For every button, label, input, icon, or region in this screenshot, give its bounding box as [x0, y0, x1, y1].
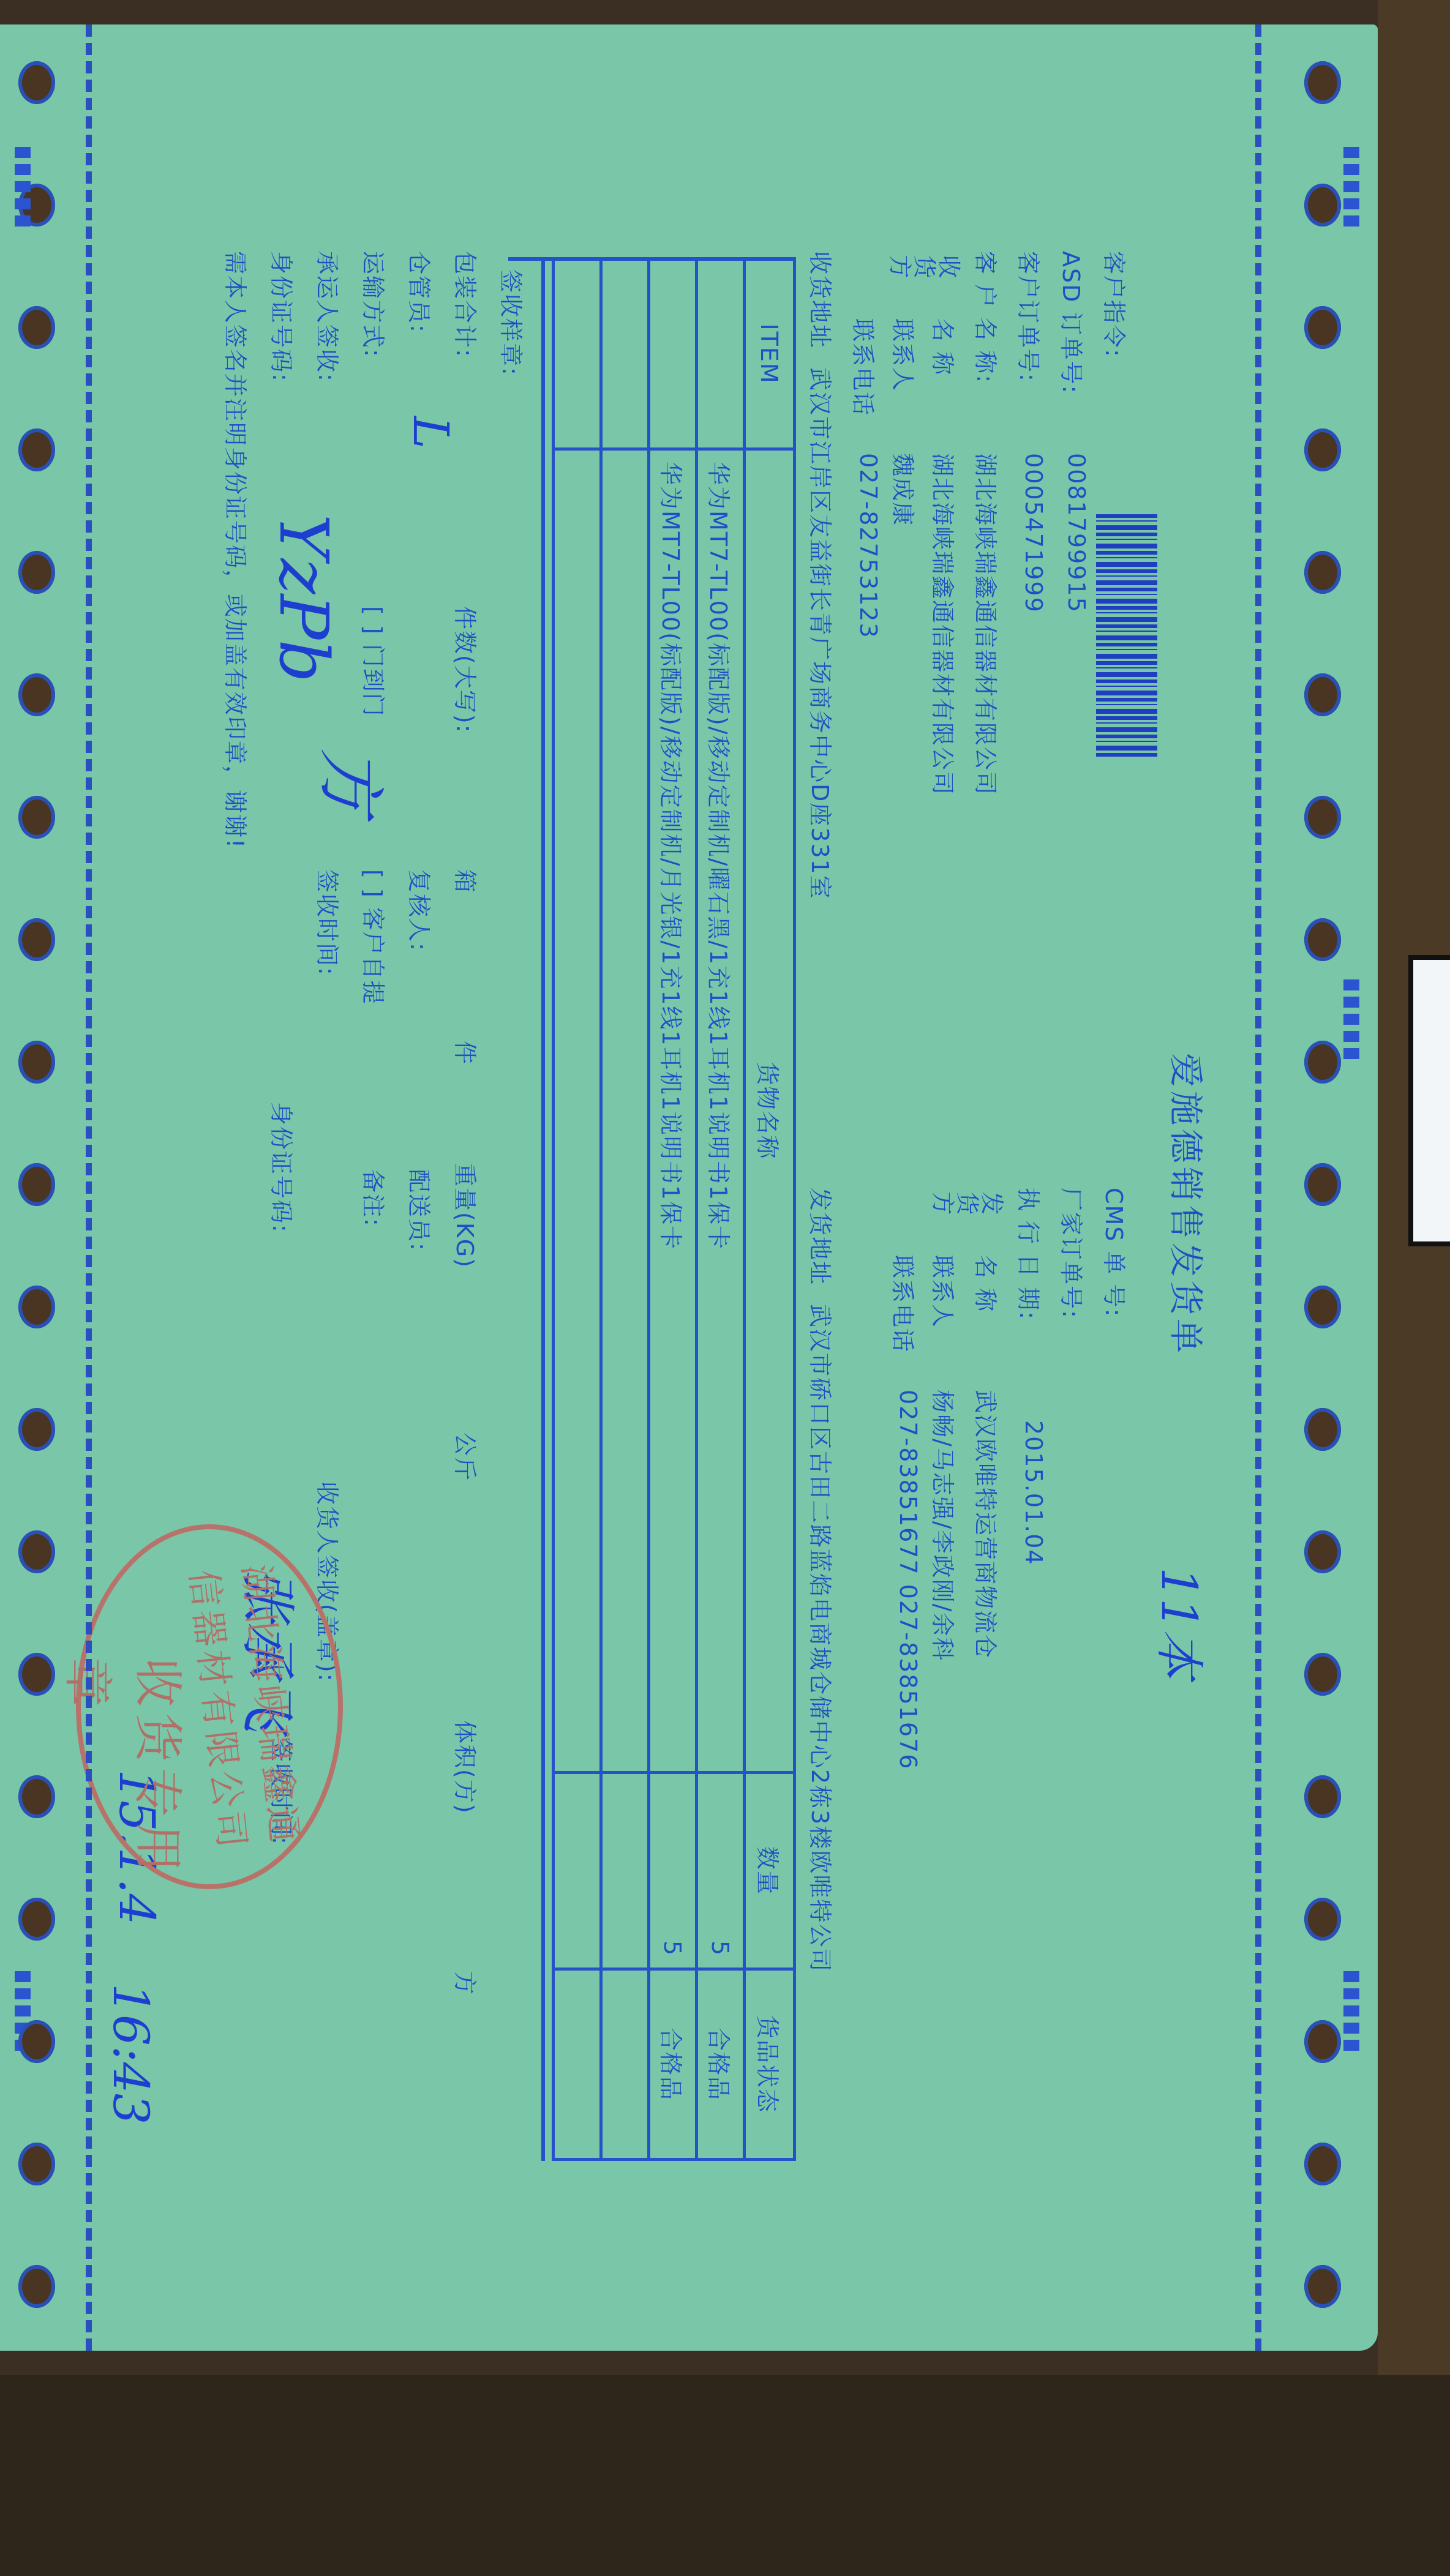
warehouse-mark-handwriting: L: [402, 416, 459, 449]
receiver-contact-label: 联系人: [888, 318, 922, 392]
handwritten-note: 11本: [1148, 1567, 1219, 1679]
transport-label: 运输方式:: [358, 251, 392, 358]
footer-frame: [541, 257, 545, 2161]
background-card: [1408, 955, 1450, 1246]
cubic-unit: 方: [450, 1971, 484, 1996]
door-to-door-checkbox[interactable]: [ ] 门到门: [358, 606, 392, 717]
receiver-name-label: 名 称: [928, 318, 961, 376]
carrier-sign-label: 承运人签收:: [312, 251, 346, 383]
carrier-initial-handwriting: 方: [307, 747, 404, 814]
receiver-phone-value: 027-82753123: [855, 453, 882, 639]
header-quantity: 数量: [745, 1773, 795, 1969]
sign-stamp-label: 签收样章:: [496, 269, 530, 376]
factory-order-label: 厂家订单号:: [1056, 1188, 1090, 1319]
customer-name-value: 湖北海峡瑞鑫通信器材有限公司: [971, 453, 1004, 796]
shipper-address-label: 发货地址: [805, 1188, 839, 1286]
goods-name: 华为MT7-TL00(标配版)/移动定制机/月光银/1充1线1耳机1说明书1保卡: [649, 449, 697, 1773]
quantity: 5: [649, 1773, 697, 1969]
kg-unit: 公斤: [450, 1432, 484, 1481]
footer-frame-left: [508, 257, 796, 261]
warehouse-keeper-label: 仓管员:: [404, 251, 438, 334]
goods-status: 合格品: [697, 1969, 745, 2160]
document-content: 爱施德销售发货单 11本 客户指令: ASD 订单号: 0081799915 客…: [0, 24, 1378, 2351]
customer-order-label: 客户订单号:: [1013, 251, 1047, 383]
package-total-label: 包装合计:: [450, 251, 484, 358]
receiver-address-value: 武汉市江岸区友益街长青广场商务中心D座331室: [805, 367, 839, 900]
shipper-phone-value: 027-83851677 027-83851676: [895, 1390, 922, 1770]
exec-date-label: 执 行 日 期:: [1013, 1188, 1047, 1320]
box-unit: 箱: [450, 869, 484, 894]
shipper-side-label: 发货方: [931, 1188, 1004, 1215]
perforation-top: [1255, 24, 1261, 2351]
receiver-contact-value: 魏成康: [888, 453, 922, 526]
table-surface-bottom: [0, 2375, 1450, 2576]
header-goods-name: 货物名称: [745, 449, 795, 1773]
customer-name-label: 客 户 名 称:: [971, 251, 1004, 384]
table-surface: [1378, 0, 1450, 2576]
receiver-name-value: 湖北海峡瑞鑫通信器材有限公司: [928, 453, 961, 796]
pieces-label: 件数(大写):: [450, 606, 484, 733]
cms-order-label: CMS 单 号:: [1099, 1188, 1133, 1317]
reviewer-label: 复核人:: [404, 869, 438, 952]
stamp-center-text: 收货专用章: [56, 1658, 197, 1884]
id-label: 身份证号码:: [266, 251, 300, 383]
volume-label: 体积(方): [450, 1720, 484, 1814]
perforation-bottom: [86, 24, 92, 2351]
shipping-note-paper: 爱施德销售发货单 11本 客户指令: ASD 订单号: 0081799915 客…: [0, 24, 1378, 2351]
self-pickup-checkbox[interactable]: [ ] 客户自提: [358, 869, 392, 1005]
piece-unit: 件: [450, 1041, 484, 1065]
shipper-contact-value: 杨畅/马志强/李政刚/余科: [928, 1390, 961, 1661]
notice-text: 需本人签名并注明身份证号码，或加盖有效印章，谢谢!: [220, 251, 254, 849]
dispatcher-label: 配送员:: [404, 1169, 438, 1252]
weight-label: 重量(KG): [450, 1163, 484, 1268]
customer-instruction-label: 客户指令:: [1099, 251, 1133, 358]
shipper-contact-label: 联系人: [928, 1255, 961, 1328]
table-row: 华为MT7-TL00(标配版)/移动定制机/月光银/1充1线1耳机1说明书1保卡…: [649, 259, 697, 2160]
table-header-row: ITEM 货物名称 数量 货品状态: [745, 259, 795, 2160]
document-title: 爱施德销售发货单: [1163, 1053, 1212, 1357]
receiver-side-label: 收货方: [888, 251, 961, 278]
shipper-name-value: 武汉欧唯特运营商物流仓: [971, 1390, 1004, 1659]
shipper-phone-label: 联系电话: [888, 1255, 922, 1353]
table-row: [601, 259, 649, 2160]
receiver-phone-label: 联系电话: [848, 318, 882, 416]
shipper-name-label: 名 称: [971, 1255, 1004, 1312]
header-item: ITEM: [745, 259, 795, 449]
asd-order-value: 0081799915: [1063, 453, 1090, 613]
table-row: 华为MT7-TL00(标配版)/移动定制机/曜石黑/1充1线1耳机1说明书1保卡…: [697, 259, 745, 2160]
table-row: [554, 259, 601, 2160]
receipt-stamp: 湖北海峡瑞鑫通信器材有限公司 收货专用章: [76, 1524, 343, 1889]
receiver-address-label: 收货地址: [805, 251, 839, 349]
shipper-address-value: 武汉市硚口区古田二路蓝焰电商城仓储中心2栋3楼欧唯特公司: [805, 1304, 839, 1972]
header-goods-status: 货品状态: [745, 1969, 795, 2160]
sign-time-label: 签收时间:: [312, 869, 346, 976]
id-label-2: 身份证号码:: [266, 1102, 300, 1234]
goods-name: 华为MT7-TL00(标配版)/移动定制机/曜石黑/1充1线1耳机1说明书1保卡: [697, 449, 745, 1773]
customer-order-value: 0005471999: [1020, 453, 1047, 613]
exec-date-value: 2015.01.04: [1020, 1420, 1047, 1566]
remark-label: 备注:: [358, 1169, 392, 1227]
carrier-signature: YzPb: [265, 514, 343, 683]
barcode: [1096, 514, 1157, 759]
items-table: ITEM 货物名称 数量 货品状态 华为MT7-TL00(标配版)/移动定制机/…: [552, 257, 796, 2161]
stamp-ring-text: 湖北海峡瑞鑫通信器材有限公司: [179, 1561, 317, 1889]
goods-status: 合格品: [649, 1969, 697, 2160]
asd-order-label: ASD 订单号:: [1056, 251, 1090, 394]
time-handwriting: 16:43: [102, 1983, 159, 2125]
quantity: 5: [697, 1773, 745, 1969]
